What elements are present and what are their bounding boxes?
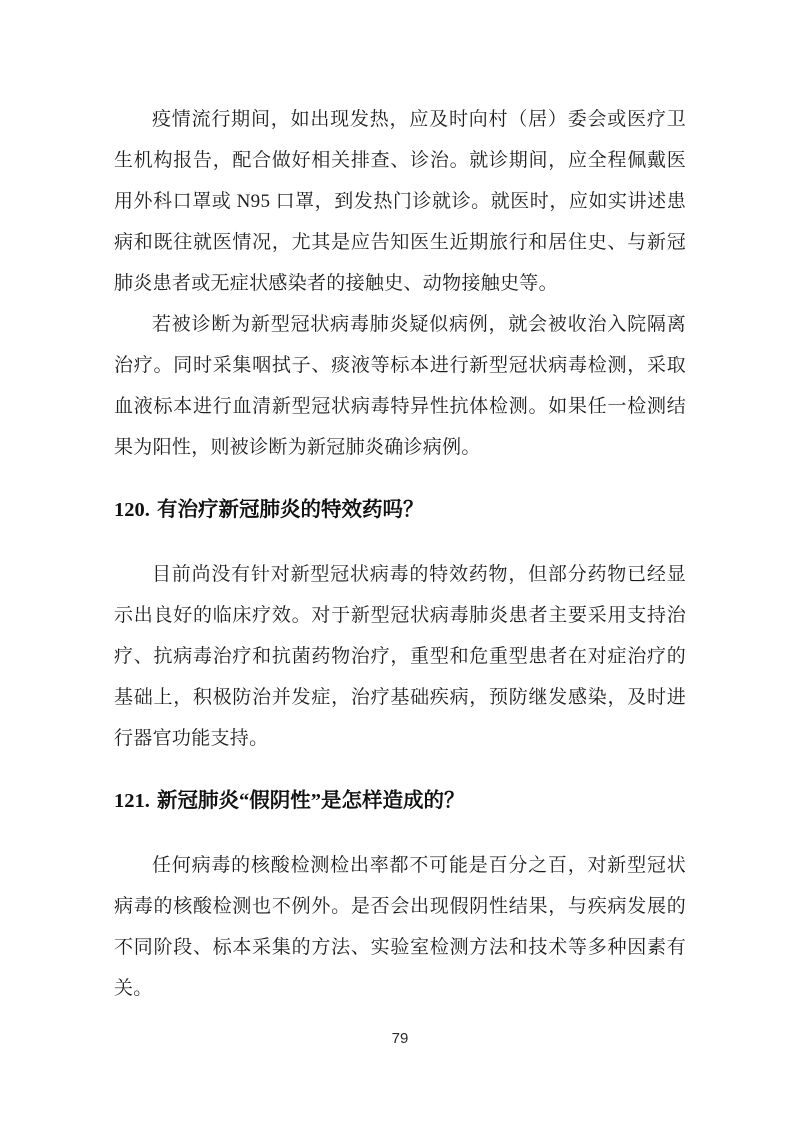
paragraph-suspected-case-treatment: 若被诊断为新型冠状病毒肺炎疑似病例，就会被收治入院隔离治疗。同时采集咽拭子、痰液…	[114, 304, 686, 468]
document-page: 疫情流行期间，如出现发热，应及时向村（居）委会或医疗卫生机构报告，配合做好相关排…	[0, 0, 800, 1131]
question-heading-121: 121.新冠肺炎“假阴性”是怎样造成的？	[114, 781, 686, 822]
page-number: 79	[392, 1030, 409, 1047]
paragraph-no-specific-drug: 目前尚没有针对新型冠状病毒的特效药物，但部分药物已经显示出良好的临床疗效。对于新…	[114, 554, 686, 759]
question-heading-120: 120.有治疗新冠肺炎的特效药吗？	[114, 490, 686, 531]
question-number: 121.	[114, 790, 150, 812]
page-content: 疫情流行期间，如出现发热，应及时向村（居）委会或医疗卫生机构报告，配合做好相关排…	[114, 99, 686, 1009]
question-number: 120.	[114, 499, 150, 521]
page-footer: 79	[0, 1030, 800, 1048]
paragraph-false-negative-causes: 任何病毒的核酸检测检出率都不可能是百分之百，对新型冠状病毒的核酸检测也不例外。是…	[114, 845, 686, 1009]
paragraph-symptom-reporting: 疫情流行期间，如出现发热，应及时向村（居）委会或医疗卫生机构报告，配合做好相关排…	[114, 99, 686, 304]
question-title: 新冠肺炎“假阴性”是怎样造成的？	[157, 790, 465, 812]
question-title: 有治疗新冠肺炎的特效药吗？	[157, 499, 424, 521]
